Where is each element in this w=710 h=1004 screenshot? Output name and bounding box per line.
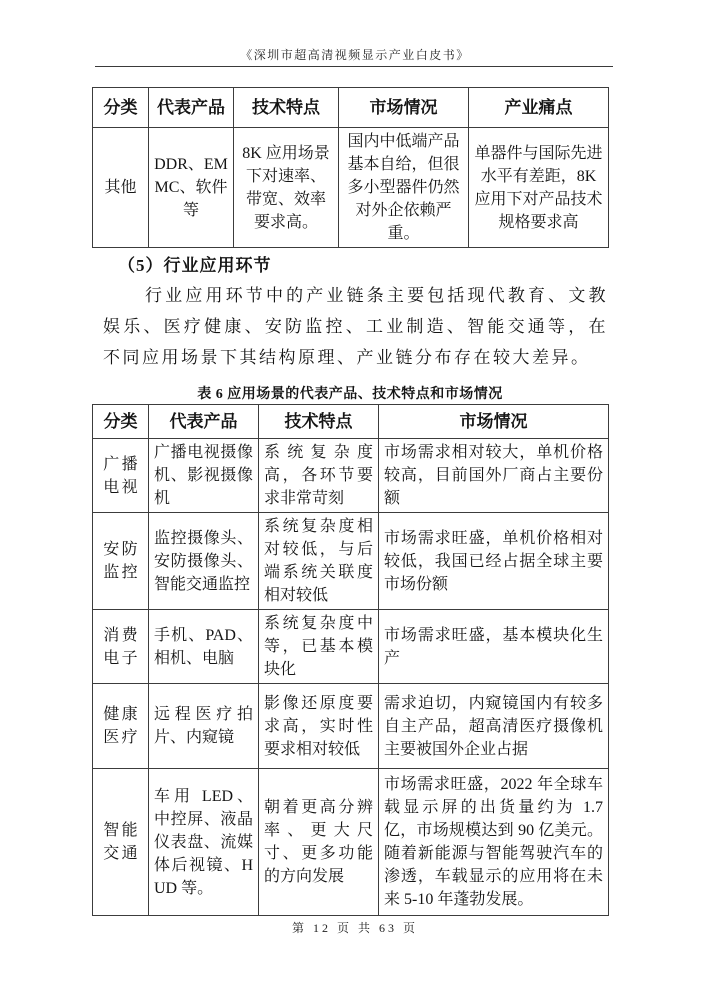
cell-tech: 系统复杂度高，各环节要求非常苛刻 [259, 439, 379, 513]
cell-products: 车用 LED、中控屏、液晶仪表盘、流媒体后视镜、HUD 等。 [149, 769, 259, 916]
components-pain-points-table: 分类 代表产品 技术特点 市场情况 产业痛点 其他 DDR、EMMC、软件等 8… [92, 87, 609, 248]
body-paragraph: 行业应用环节中的产业链条主要包括现代教育、文教娱乐、医疗健康、安防监控、工业制造… [103, 280, 608, 373]
table-row: 智能交通 车用 LED、中控屏、液晶仪表盘、流媒体后视镜、HUD 等。 朝着更高… [93, 769, 609, 916]
cell-market: 国内中低端产品基本自给，但很多小型器件仍然对外企依赖严重。 [339, 128, 469, 248]
cell-products: 远程医疗拍片、内窥镜 [149, 684, 259, 769]
cell-market: 市场需求相对较大，单机价格较高，目前国外厂商占主要份额 [379, 439, 609, 513]
cell-market: 需求迫切，内窥镜国内有较多自主产品，超高清医疗摄像机主要被国外企业占据 [379, 684, 609, 769]
cell-category: 健康医疗 [93, 684, 149, 769]
cell-products: 广播电视摄像机、影视摄像机 [149, 439, 259, 513]
cell-tech: 8K 应用场景下对速率、带宽、效率要求高。 [234, 128, 339, 248]
page-header-title: 《深圳市超高清视频显示产业白皮书》 [0, 46, 710, 63]
cell-category: 消费电子 [93, 610, 149, 684]
cell-tech: 系统复杂度中等，已基本模块化 [259, 610, 379, 684]
col-header-category: 分类 [93, 405, 149, 439]
col-header-products: 代表产品 [149, 88, 234, 128]
category-label: 广播电视 [103, 453, 137, 499]
table-row: 消费电子 手机、PAD、相机、电脑 系统复杂度中等，已基本模块化 市场需求旺盛，… [93, 610, 609, 684]
section-heading: （5）行业应用环节 [103, 251, 272, 276]
category-label: 消费电子 [103, 624, 137, 670]
col-header-market: 市场情况 [379, 405, 609, 439]
cell-market: 市场需求旺盛，基本模块化生产 [379, 610, 609, 684]
cell-category: 广播电视 [93, 439, 149, 513]
category-label: 安防监控 [103, 538, 137, 584]
table-header-row: 分类 代表产品 技术特点 市场情况 [93, 405, 609, 439]
cell-category: 其他 [93, 128, 149, 248]
page-number: 第 12 页 共 63 页 [0, 919, 710, 936]
document-page: 《深圳市超高清视频显示产业白皮书》 分类 代表产品 技术特点 市场情况 产业痛点… [0, 0, 710, 1004]
col-header-tech: 技术特点 [259, 405, 379, 439]
header-divider [95, 66, 613, 67]
cell-products: 监控摄像头、安防摄像头、智能交通监控 [149, 513, 259, 610]
col-header-category: 分类 [93, 88, 149, 128]
cell-tech: 朝着更高分辨率、更大尺寸、更多功能的方向发展 [259, 769, 379, 916]
cell-market: 市场需求旺盛，2022 年全球车载显示屏的出货量约为 1.7 亿，市场规模达到 … [379, 769, 609, 916]
col-header-market: 市场情况 [339, 88, 469, 128]
category-label: 智能交通 [103, 819, 137, 865]
table-row: 其他 DDR、EMMC、软件等 8K 应用场景下对速率、带宽、效率要求高。 国内… [93, 128, 609, 248]
cell-market: 市场需求旺盛，单机价格相对较低，我国已经占据全球主要市场份额 [379, 513, 609, 610]
table-row: 健康医疗 远程医疗拍片、内窥镜 影像还原度要求高，实时性要求相对较低 需求迫切，… [93, 684, 609, 769]
application-scenarios-table: 分类 代表产品 技术特点 市场情况 广播电视 广播电视摄像机、影视摄像机 系统复… [92, 404, 609, 916]
table6-caption: 表 6 应用场景的代表产品、技术特点和市场情况 [92, 383, 608, 403]
cell-tech: 系统复杂度相对较低，与后端系统关联度相对较低 [259, 513, 379, 610]
cell-products: 手机、PAD、相机、电脑 [149, 610, 259, 684]
table-header-row: 分类 代表产品 技术特点 市场情况 产业痛点 [93, 88, 609, 128]
cell-category: 智能交通 [93, 769, 149, 916]
col-header-products: 代表产品 [149, 405, 259, 439]
col-header-tech: 技术特点 [234, 88, 339, 128]
cell-category: 安防监控 [93, 513, 149, 610]
cell-products: DDR、EMMC、软件等 [149, 128, 234, 248]
col-header-pain: 产业痛点 [469, 88, 609, 128]
cell-tech: 影像还原度要求高，实时性要求相对较低 [259, 684, 379, 769]
table-row: 广播电视 广播电视摄像机、影视摄像机 系统复杂度高，各环节要求非常苛刻 市场需求… [93, 439, 609, 513]
table-row: 安防监控 监控摄像头、安防摄像头、智能交通监控 系统复杂度相对较低，与后端系统关… [93, 513, 609, 610]
cell-pain: 单器件与国际先进水平有差距，8K 应用下对产品技术规格要求高 [469, 128, 609, 248]
category-label: 健康医疗 [103, 703, 137, 749]
